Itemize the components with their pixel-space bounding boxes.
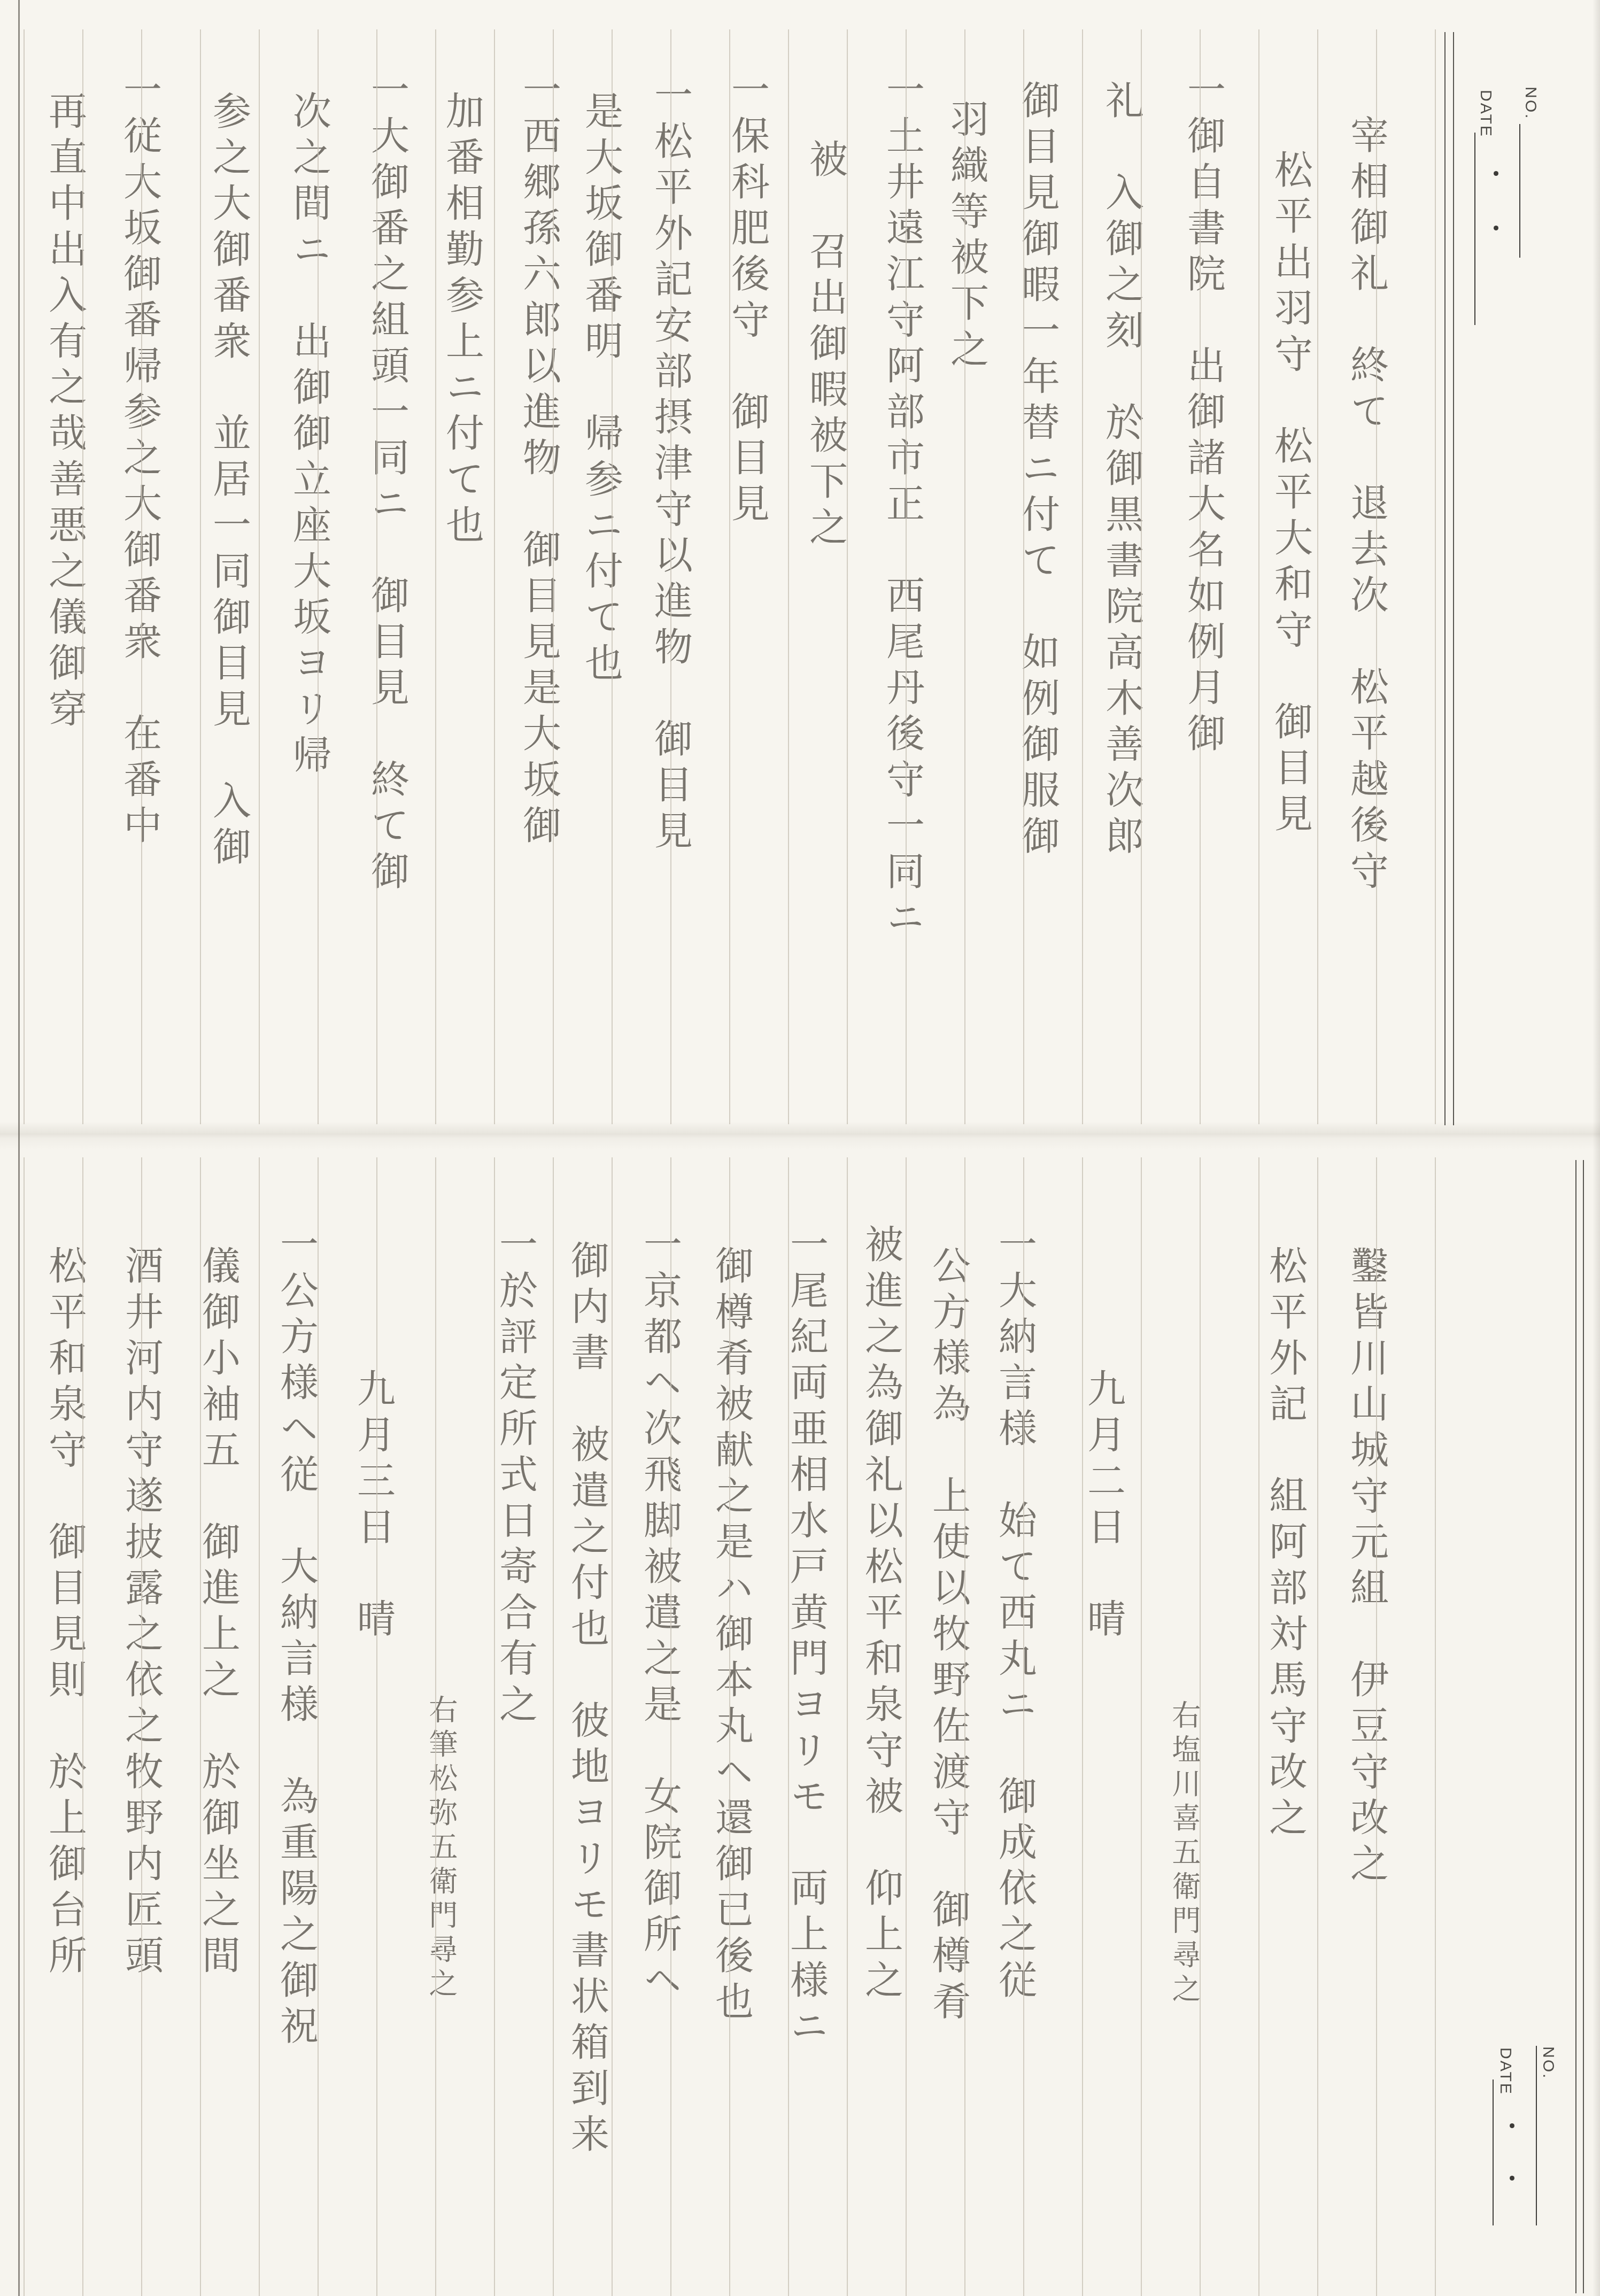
date-separator-dot: [1510, 2176, 1514, 2181]
handwritten-column: 鑿皆川山城守元組 伊豆守改之: [1347, 1246, 1386, 1889]
handwritten-column: 御目見御暇一年替ニ付て 如例御服御: [1018, 80, 1057, 862]
handwritten-column: 公方様為 上使以牧野佐渡守 御樽肴: [929, 1246, 968, 2027]
margin-line-top-inner: [1453, 32, 1454, 1125]
handwritten-column: 一大納言様 始て西丸ニ 御成依之従: [995, 1224, 1034, 2006]
handwritten-column: 加番相勤参上ニ付て也: [443, 91, 481, 551]
date-label-top: DATE: [1477, 90, 1495, 138]
handwritten-column: 一御自書院 出御諸大名如例月御: [1184, 69, 1223, 759]
no-fill-line-top: [1519, 124, 1520, 258]
handwritten-column: 一松平外記安部摂津守以進物 御目見: [651, 75, 690, 856]
handwritten-column: 被 召出御暇被下之: [806, 139, 845, 553]
handwritten-column: 一西郷孫六郎以進物 御目見是大坂御: [520, 69, 558, 851]
handwritten-column: 一公方様ヘ従 大納言様 為重陽之御祝: [277, 1224, 315, 2052]
date-separator-dot: [1510, 2123, 1514, 2128]
handwritten-column: 御内書 被遣之付也 彼地ヨリモ書状箱到来: [568, 1240, 606, 2160]
handwritten-column: 松平出羽守 松平大和守 御目見: [1271, 150, 1310, 839]
no-fill-line-bottom: [1536, 2046, 1537, 2225]
handwritten-column: 九月二日 晴: [1084, 1369, 1123, 1644]
scanned-notebook-page: { "document_type": "handwritten vertical…: [0, 0, 1600, 2296]
date-fill-line-top: [1474, 133, 1475, 325]
handwritten-column: 九月三日 晴: [354, 1369, 392, 1644]
handwritten-column: 是大坂御番明 帰参ニ付て也: [582, 91, 620, 689]
handwritten-column: 松平和泉守 御目見則 於上御台所: [45, 1246, 84, 1981]
date-fill-line-bottom: [1493, 2079, 1494, 2225]
handwritten-column: 御樽肴被献之是ハ御本丸ヘ還御已後也: [712, 1246, 751, 2027]
page-seam-shadow: [0, 1122, 1600, 1149]
handwritten-column: 羽織等被下之: [947, 99, 986, 375]
handwritten-column: 右塩川喜五衛門尋之: [1170, 1700, 1199, 2008]
handwritten-column: 一於評定所式日寄合有之: [496, 1224, 535, 1730]
handwritten-column: 一大御番之組頭一同ニ 御目見 終て御: [368, 69, 406, 897]
notebook-page-bottom: 鑿皆川山城守元組 伊豆守改之松平外記 組阿部対馬守改之右塩川喜五衛門尋之九月二日…: [0, 1133, 1600, 2296]
handwritten-column: 儀御小袖五 御進上之 於御坐之間: [199, 1246, 237, 1981]
date-separator-dot: [1494, 226, 1498, 230]
handwritten-column: 再直中出入有之哉善悪之儀御穿: [45, 91, 84, 735]
no-label-top: NO.: [1521, 87, 1540, 120]
handwritten-column: 一尾紀両亜相水戸黄門ヨリモ 両上様ニ: [787, 1224, 825, 2052]
no-label-bottom: NO.: [1539, 2046, 1557, 2079]
notebook-page-top: 宰相御礼 終て 退去次 松平越後守松平出羽守 松平大和守 御目見一御自書院 出御…: [0, 0, 1600, 1133]
handwritten-column: 松平外記 組阿部対馬守改之: [1266, 1246, 1304, 1843]
date-label-bottom: DATE: [1496, 2047, 1514, 2096]
handwritten-column: 礼 入御之刻 於御黒書院高木善次郎: [1102, 80, 1141, 862]
handwritten-column: 一保科肥後守 御目見: [728, 69, 767, 529]
handwritten-column: 次之間ニ 出御御立座大坂ヨリ帰: [290, 91, 328, 780]
handwritten-column: 一土井遠江守阿部市正 西尾丹後守一同ニ: [883, 69, 922, 943]
handwritten-column: 右筆松弥五衛門尋之: [427, 1695, 455, 2003]
margin-line-bottom-inner: [1583, 1160, 1584, 2293]
paper-left-edge: [18, 0, 20, 2296]
date-separator-dot: [1494, 171, 1498, 176]
margin-line-top-outer: [1444, 32, 1446, 1125]
handwritten-column: 酒井河内守遂披露之依之牧野内匠頭: [122, 1246, 160, 1981]
handwritten-column: 被進之為御礼以松平和泉守被 仰上之: [862, 1224, 900, 2006]
scan-right-shadow: [1593, 0, 1600, 2296]
handwritten-column: 宰相御礼 終て 退去次 松平越後守: [1347, 115, 1386, 896]
handwritten-column: 一従大坂御番帰参之大御番衆 在番中: [120, 69, 159, 851]
handwritten-column: 参之大御番衆 並居一同御目見 入御: [210, 91, 248, 872]
margin-line-bottom-outer: [1575, 1160, 1576, 2293]
handwritten-column: 一京都ヘ次飛脚被遣之是 女院御所ヘ: [640, 1224, 679, 2006]
